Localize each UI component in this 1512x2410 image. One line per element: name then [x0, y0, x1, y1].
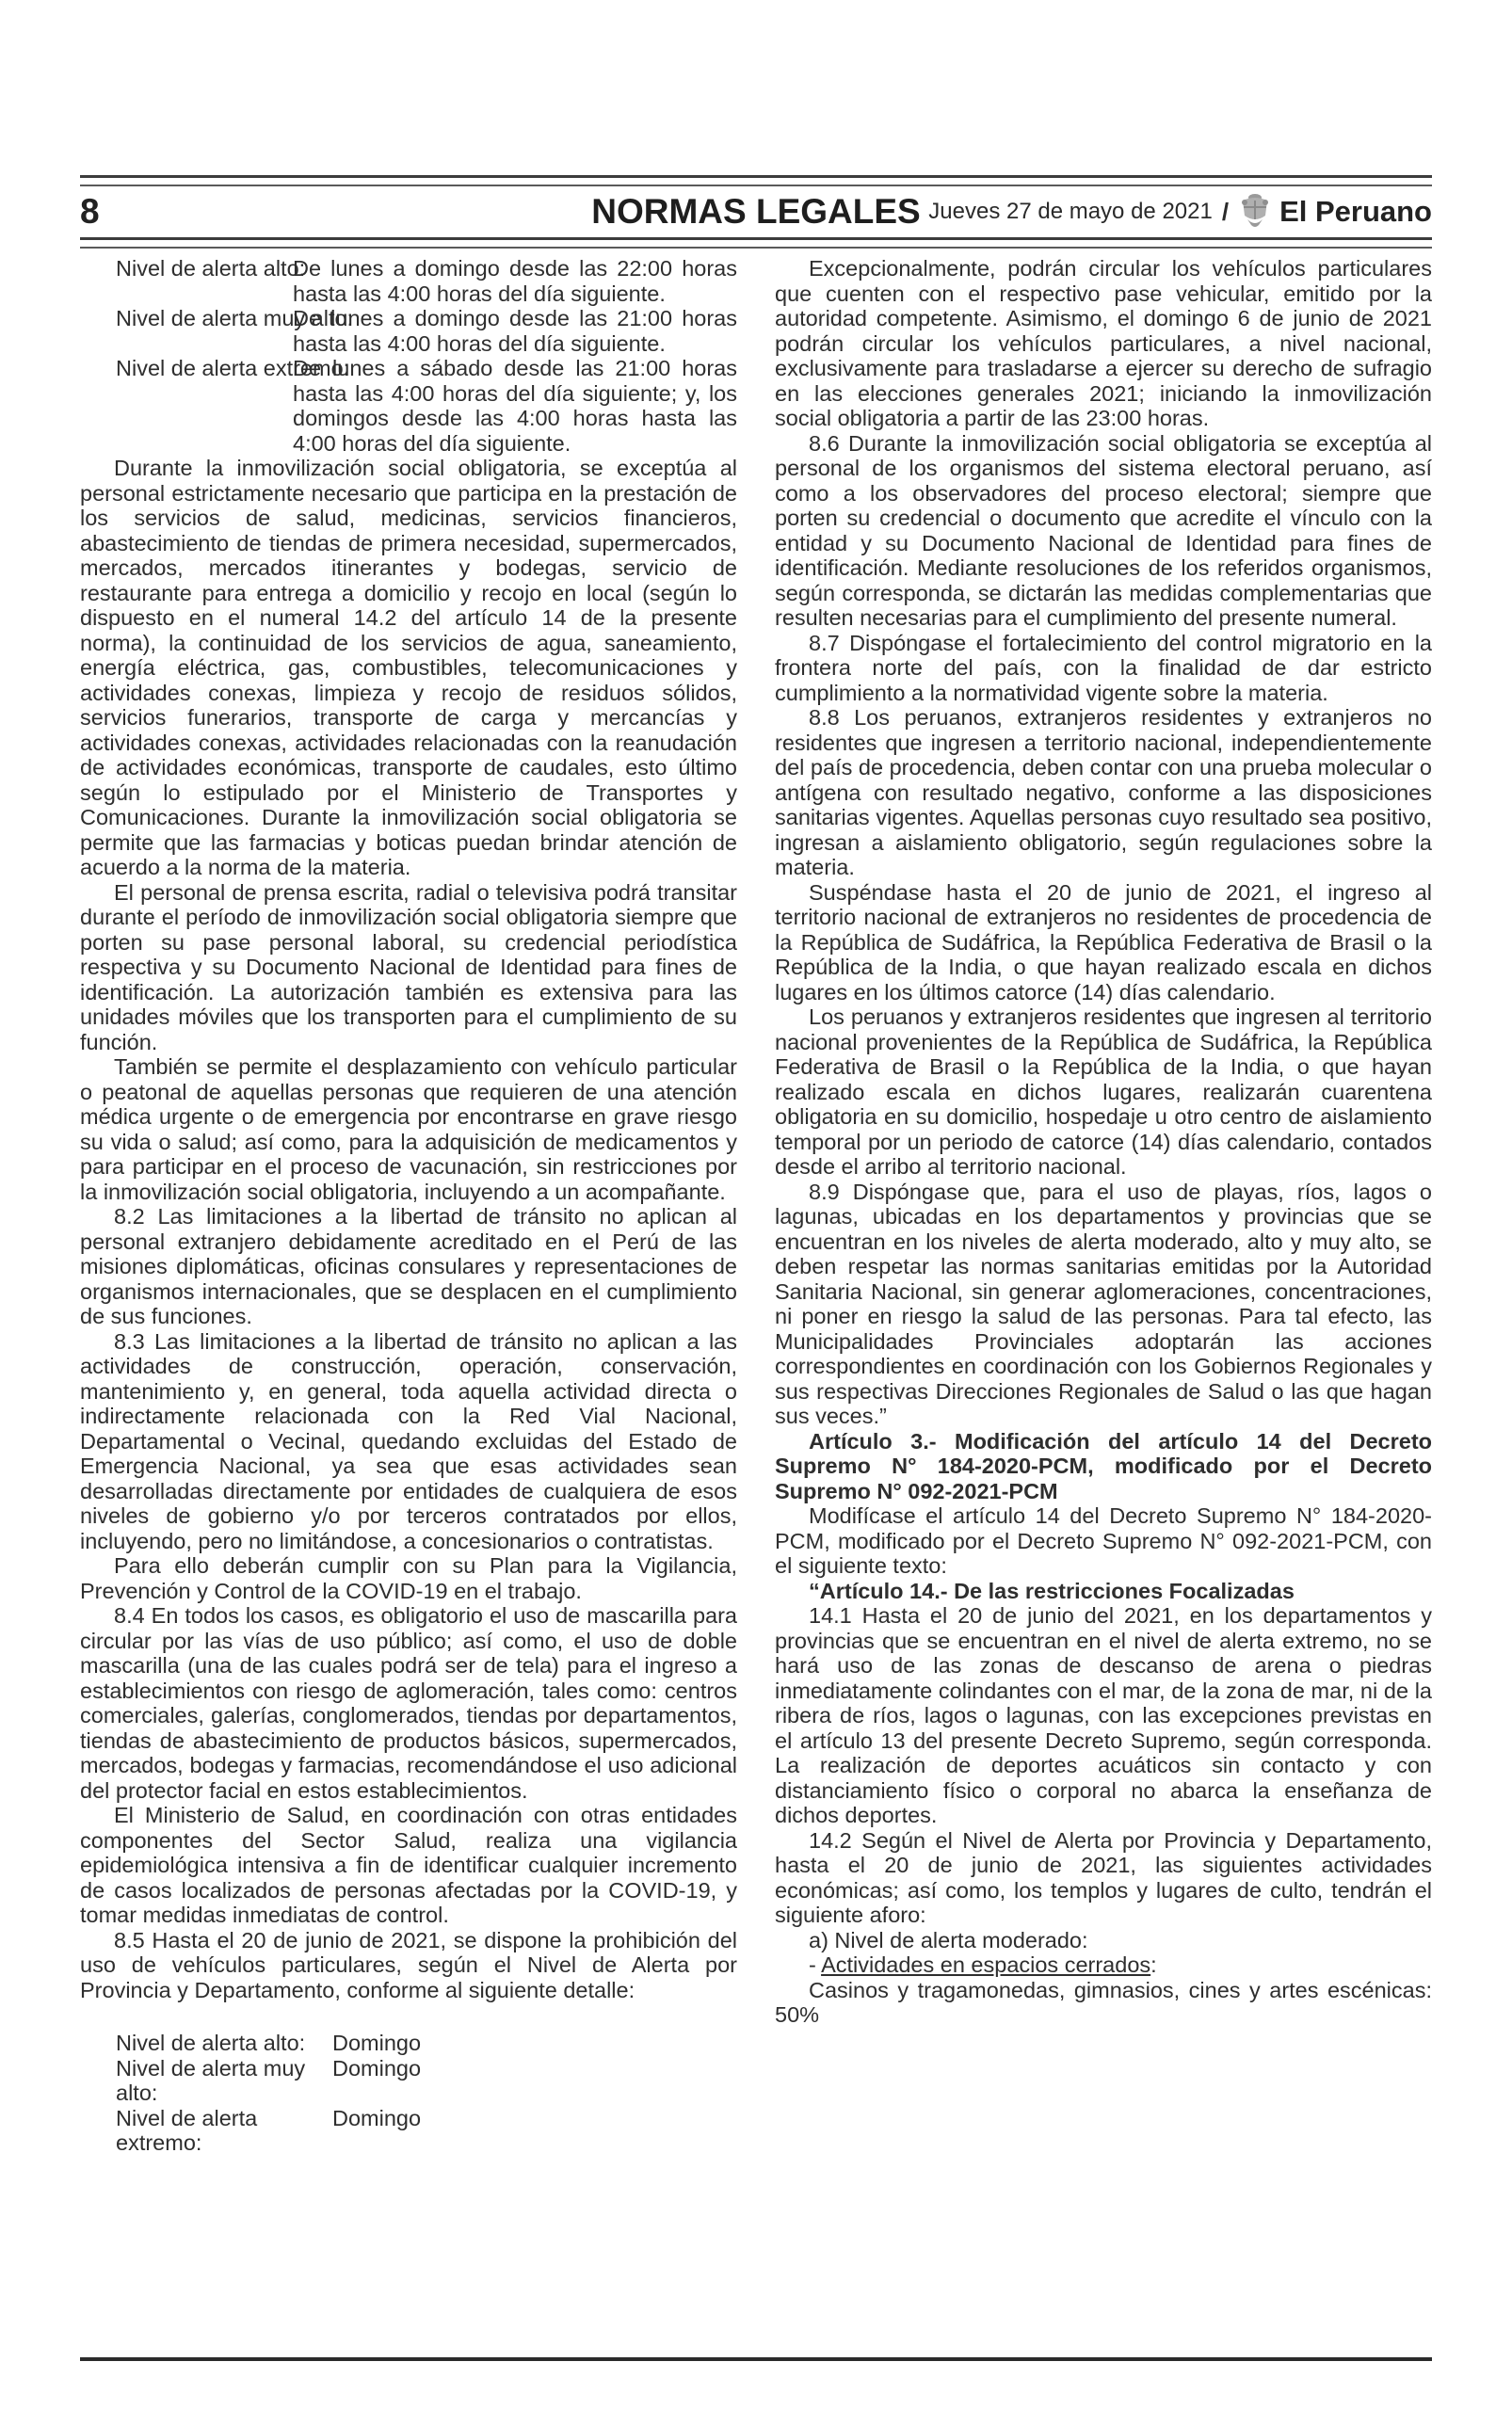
- header-right: Jueves 27 de mayo de 2021 /: [928, 193, 1432, 231]
- schedule-value: Domingo: [332, 2056, 737, 2106]
- right-column: Excepcionalmente, podrán circular los ve…: [775, 256, 1432, 2156]
- paragraph-8-8: 8.8 Los peruanos, extranjeros residentes…: [775, 705, 1432, 880]
- schedule-label: Nivel de alerta alto:: [116, 2031, 332, 2056]
- coat-of-arms-icon: [1238, 193, 1272, 231]
- paragraph-8-2: 8.2 Las limitaciones a la libertad de tr…: [80, 1204, 737, 1329]
- closed-spaces-prefix: -: [809, 1952, 821, 1977]
- closed-spaces-item: - Actividades en espacios cerrados:: [775, 1952, 1432, 1978]
- paragraph-8-7: 8.7 Dispóngase el fortalecimiento del co…: [775, 631, 1432, 706]
- schedule-value: Domingo: [332, 2106, 737, 2156]
- article-body: Nivel de alerta alto: De lunes a domingo…: [80, 256, 1432, 2156]
- schedule-value: De lunes a domingo desde las 21:00 horas…: [293, 306, 737, 356]
- article-3-intro: Modifícase el artículo 14 del Decreto Su…: [775, 1503, 1432, 1579]
- schedule-label: Nivel de alerta alto:: [116, 256, 287, 306]
- paragraph-quarantine: Los peruanos y extranjeros residentes qu…: [775, 1004, 1432, 1180]
- schedule-label: Nivel de alerta muy alto:: [116, 2056, 332, 2106]
- paragraph-press-personnel: El personal de prensa escrita, radial o …: [80, 880, 737, 1055]
- header-date: Jueves 27 de mayo de 2021: [928, 199, 1213, 225]
- alert-schedule-table: Nivel de alerta alto: De lunes a domingo…: [80, 256, 737, 456]
- paragraph-health-ministry: El Ministerio de Salud, en coordinación …: [80, 1803, 737, 1928]
- schedule-label: Nivel de alerta extremo:: [116, 356, 287, 456]
- vehicle-ban-table: Nivel de alerta alto: Domingo Nivel de a…: [80, 2031, 737, 2156]
- closed-spaces-suffix: :: [1150, 1952, 1157, 1977]
- schedule-label: Nivel de alerta extremo:: [116, 2106, 332, 2156]
- schedule-value: De lunes a sábado desde las 21:00 horas …: [293, 356, 737, 456]
- paragraph-medical-travel: También se permite el desplazamiento con…: [80, 1054, 737, 1204]
- closed-spaces-underlined: Actividades en espacios cerrados: [821, 1952, 1150, 1977]
- paragraph-exceptional-circulation: Excepcionalmente, podrán circular los ve…: [775, 256, 1432, 431]
- header-separator: /: [1222, 198, 1229, 227]
- paragraph-8-6: 8.6 Durante la inmovilización social obl…: [775, 431, 1432, 631]
- page-header: 8 NORMAS LEGALES Jueves 27 de mayo de 20…: [80, 175, 1432, 249]
- paragraph-8-3: 8.3 Las limitaciones a la libertad de tr…: [80, 1329, 737, 1554]
- schedule-value: De lunes a domingo desde las 22:00 horas…: [293, 256, 737, 306]
- schedule-label: Nivel de alerta muy alto:: [116, 306, 287, 356]
- brand-logo-text: El Peruano: [1279, 195, 1432, 229]
- paragraph-immobilization-exceptions: Durante la inmovilización social obligat…: [80, 456, 737, 880]
- paragraph-covid-plan: Para ello deberán cumplir con su Plan pa…: [80, 1553, 737, 1603]
- schedule-value: Domingo: [332, 2031, 737, 2056]
- article-14-heading: “Artículo 14.- De las restricciones Foca…: [775, 1579, 1432, 1604]
- paragraph-14-1: 14.1 Hasta el 20 de junio del 2021, en l…: [775, 1603, 1432, 1828]
- paragraph-8-5: 8.5 Hasta el 20 de junio de 2021, se dis…: [80, 1928, 737, 2003]
- paragraph-8-9: 8.9 Dispóngase que, para el uso de playa…: [775, 1180, 1432, 1429]
- paragraph-8-4: 8.4 En todos los casos, es obligatorio e…: [80, 1603, 737, 1803]
- header-row: 8 NORMAS LEGALES Jueves 27 de mayo de 20…: [80, 186, 1432, 237]
- paragraph-entry-suspension: Suspéndase hasta el 20 de junio de 2021,…: [775, 880, 1432, 1005]
- header-rule-bottom: [80, 237, 1432, 249]
- newspaper-page: 8 NORMAS LEGALES Jueves 27 de mayo de 20…: [0, 0, 1512, 2410]
- footer-rule: [80, 2357, 1432, 2361]
- casinos-capacity-line: Casinos y tragamonedas, gimnasios, cines…: [775, 1978, 1432, 2028]
- left-column: Nivel de alerta alto: De lunes a domingo…: [80, 256, 737, 2156]
- paragraph-14-2: 14.2 Según el Nivel de Alerta por Provin…: [775, 1828, 1432, 1928]
- header-rule-top: [80, 175, 1432, 186]
- article-3-heading: Artículo 3.- Modificación del artículo 1…: [775, 1429, 1432, 1504]
- alert-level-a-label: a) Nivel de alerta moderado:: [775, 1928, 1432, 1953]
